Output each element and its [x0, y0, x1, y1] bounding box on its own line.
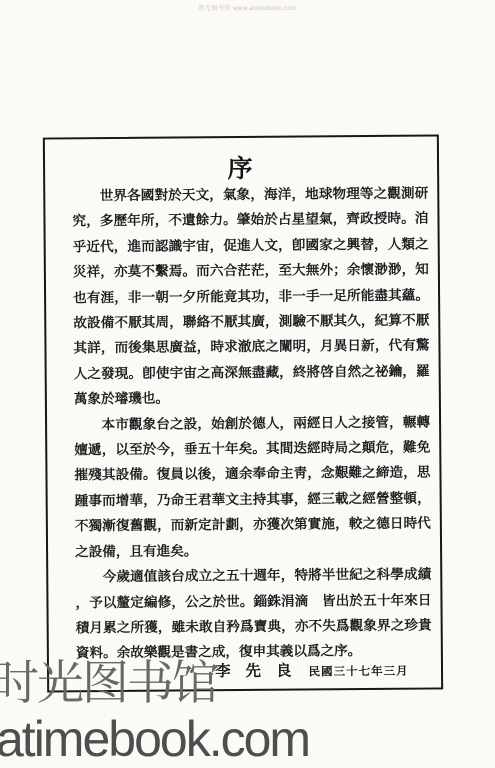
- preface-body: 世界各國對於天文，氣象，海洋，地球物理等之觀測研 究，多歷年所，不遺餘力。肇始於…: [72, 181, 432, 666]
- text-line: 乎近代，進而認識宇宙，促進人文，卽國家之興替，人類之: [73, 231, 429, 259]
- text-line: 其詳，而後集思廣益，時求澈底之闡明，月異日新，代有驚: [73, 333, 429, 361]
- author-name: 李先良: [215, 663, 307, 681]
- scanned-book-page: 时光图书馆 www.atimebook.com 序 世界各國對於天文，氣象，海洋…: [0, 0, 495, 768]
- text-line: ，予以釐定編修，公之於世。錙銖涓滴 皆出於五十年來日: [75, 587, 431, 615]
- signature-block: 李先良民國三十七年三月: [215, 658, 409, 682]
- text-line: 人之發現。卽使宇宙之高深無盡藏，終將啓自然之祕鑰，羅: [74, 358, 430, 386]
- watermark-site-url: atimebook.com: [0, 710, 309, 768]
- watermark-library-name: 时光图书馆: [0, 646, 217, 713]
- text-line: 世界各國對於天文，氣象，海洋，地球物理等之觀測研: [72, 181, 428, 209]
- text-line: 之設備，且有進矣。: [75, 536, 431, 564]
- text-line: 故設備不厭其周，聯絡不厭其廣，測驗不厭其久，紀算不厭: [73, 308, 429, 336]
- signature-date: 民國三十七年三月: [309, 666, 409, 679]
- text-line: 也有涯，非一朝一夕所能竟其功，非一手一足所能盡其蘊。: [73, 282, 429, 310]
- text-line: 摧殘其設備。復員以後，適余奉命主靑，念艱難之締造，思: [74, 460, 430, 488]
- text-line: 嬗遞，以至於今，垂五十年矣。其間迭經時局之顛危，難免: [74, 435, 430, 463]
- text-line: 萬象於璿璣也。: [74, 384, 430, 412]
- text-line: 究，多歷年所，不遺餘力。肇始於占星望氣，齊政授時。洎: [72, 206, 428, 234]
- text-line: 災祥，亦莫不繫焉。而六合茫茫，至大無外；余懷渺渺，知: [73, 257, 429, 285]
- text-line: 踵事而增華，乃命王君華文主持其事，經三載之經營整頓，: [75, 485, 431, 513]
- text-line: 積月累之所獲，雖未敢自矜爲寶典，亦不失爲觀象界之珍貴: [76, 612, 432, 640]
- text-line: 不獨漸復舊觀，而新定計劃，亦獲次第實施，較之德日時代: [75, 511, 431, 539]
- text-line: 本市觀象台之設，始創於德人，兩經日人之接管，輾轉: [74, 409, 430, 437]
- text-line: 今歲適值該台成立之五十週年，特將半世紀之科學成績: [75, 562, 431, 590]
- top-watermark-text: 时光图书馆 www.atimebook.com: [0, 3, 495, 12]
- preface-border-frame: 序 世界各國對於天文，氣象，海洋，地球物理等之觀測研 究，多歷年所，不遺餘力。肇…: [43, 134, 443, 692]
